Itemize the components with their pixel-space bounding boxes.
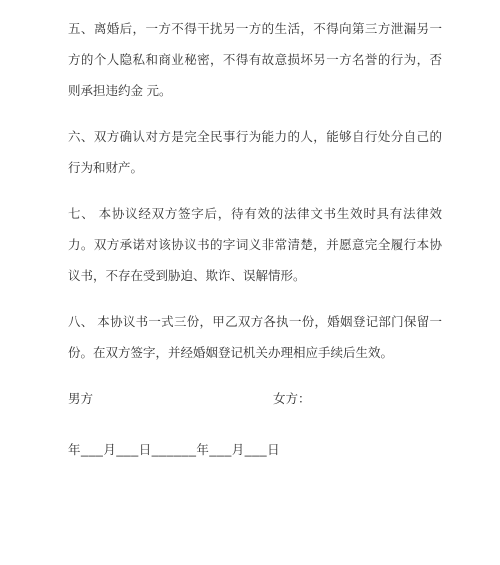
signature-row: 男方 女方： — [68, 384, 444, 415]
clause-5-paragraph: 五、离婚后，一方不得干扰另一方的生活，不得向第三方泄漏另一方的个人隐私和商业秘密… — [68, 14, 442, 107]
husband-signature-label: 男方 — [68, 384, 273, 415]
date-line: 年___月___日______年___月___日 — [68, 435, 444, 466]
document-content: 五、离婚后，一方不得干扰另一方的生活，不得向第三方泄漏另一方的个人隐私和商业秘密… — [0, 0, 500, 466]
document-page: 五、离婚后，一方不得干扰另一方的生活，不得向第三方泄漏另一方的个人隐私和商业秘密… — [0, 0, 500, 565]
clause-8-paragraph: 八、 本协议书一式三份，甲乙双方各执一份，婚姻登记部门保留一份。在双方签字，并经… — [68, 307, 442, 369]
clause-7-paragraph: 七、 本协议经双方签字后，待有效的法律文书生效时具有法律效力。双方承诺对该协议书… — [68, 199, 442, 292]
clause-6-paragraph: 六、双方确认对方是完全民事行为能力的人，能够自行处分自己的行为和财产。 — [68, 122, 442, 184]
wife-signature-label: 女方： — [273, 384, 311, 415]
